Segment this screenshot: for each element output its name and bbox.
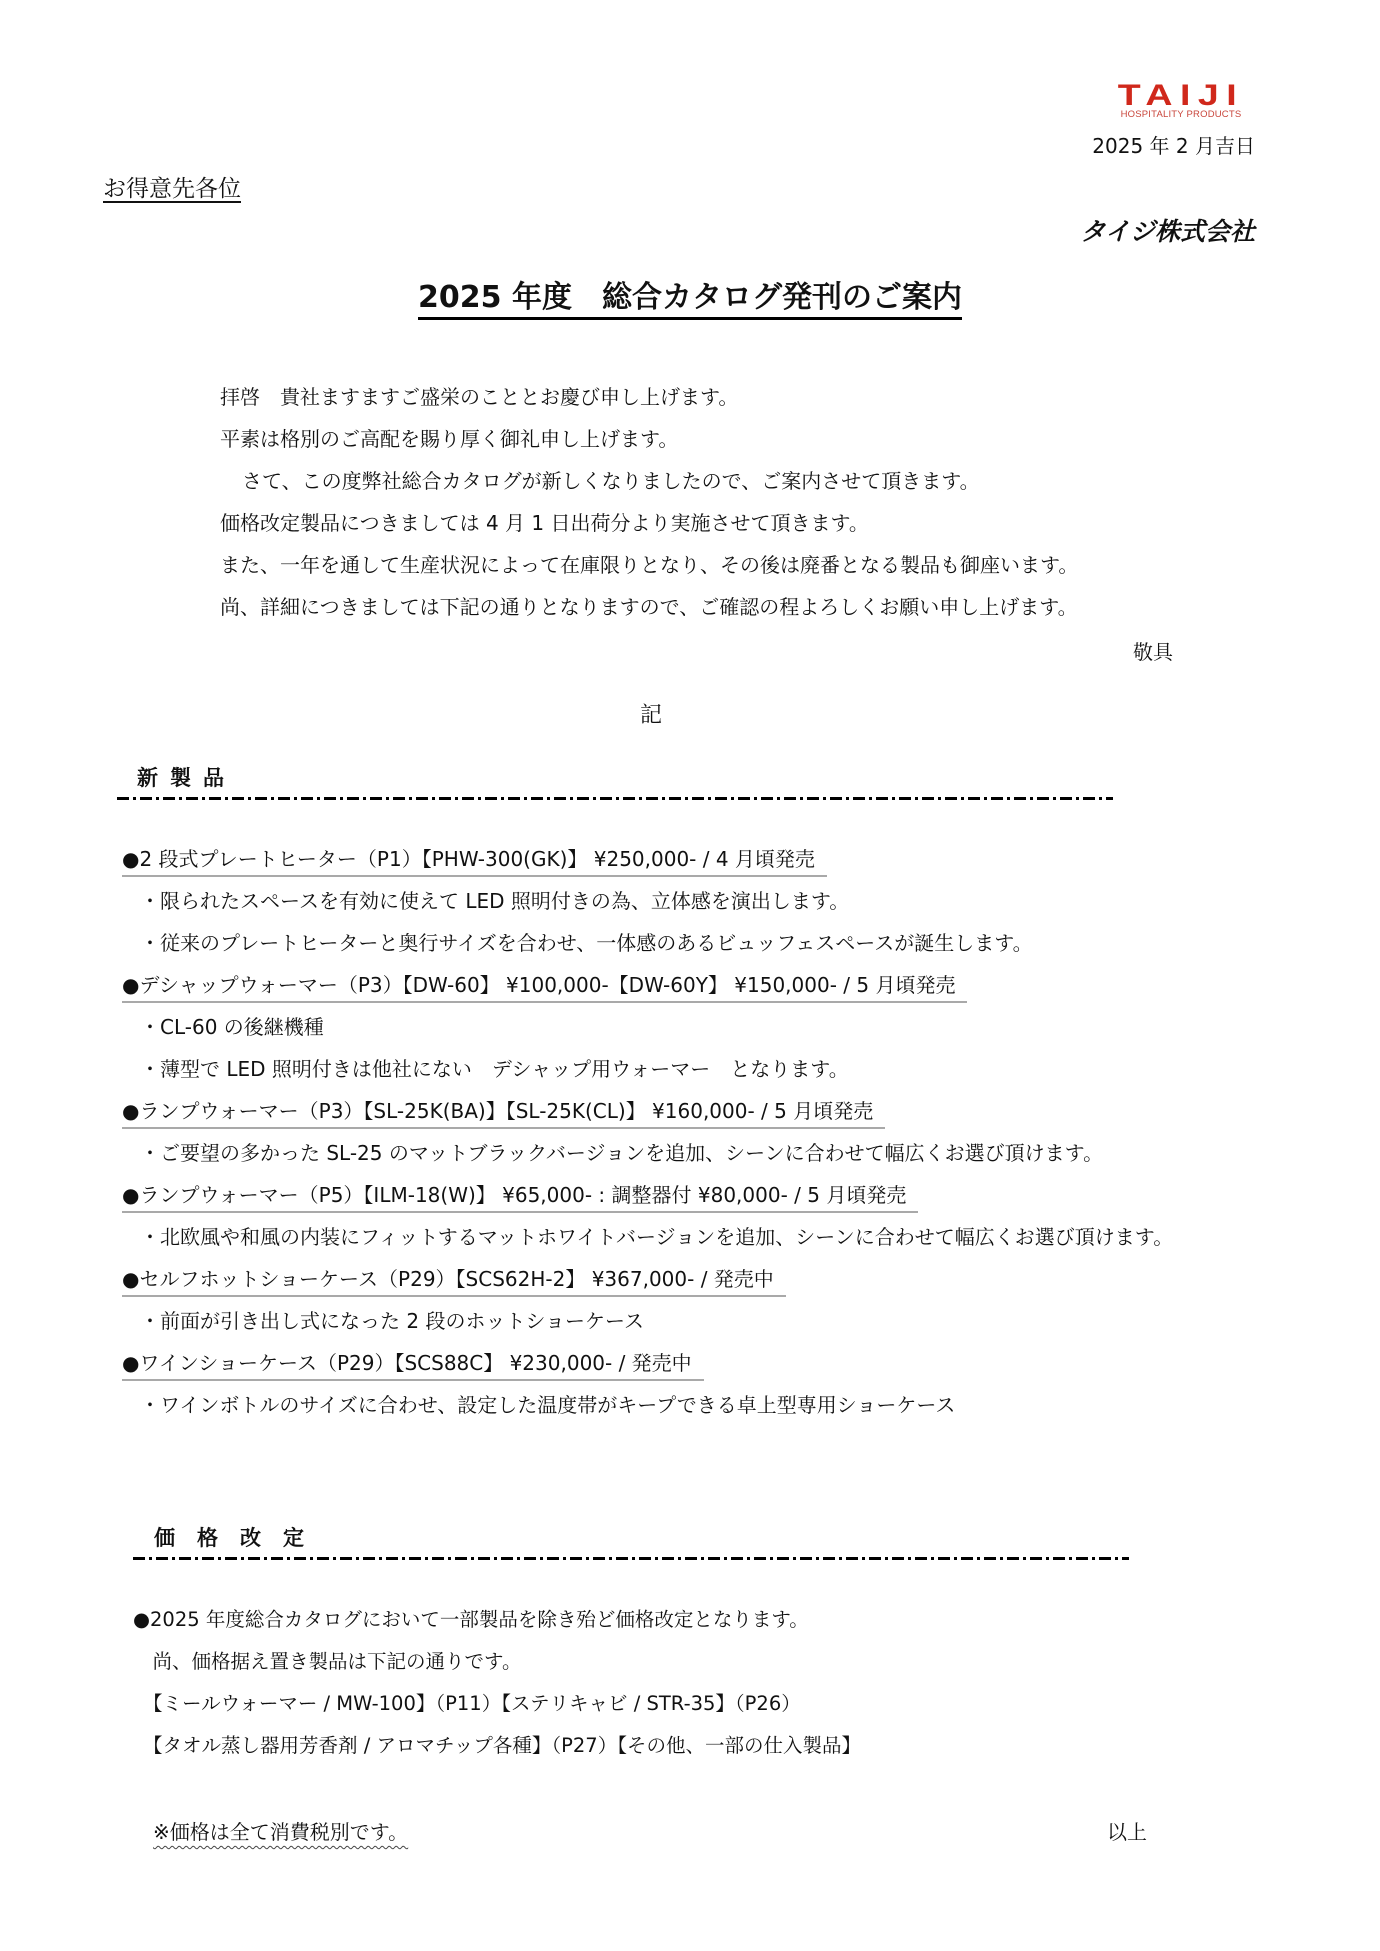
price-line: 【ミールウォーマー / MW-100】（P11）【ステリキャビ / STR-35… xyxy=(133,1689,861,1731)
product-detail: ・北欧風や和風の内装にフィットするマットホワイトバージョンを追加、シーンに合わせ… xyxy=(122,1222,1173,1264)
company-name: タイジ株式会社 xyxy=(1080,212,1255,248)
closing-ijo: 以上 xyxy=(1107,1816,1147,1845)
price-line: 【タオル蒸し器用芳香剤 / アロマチップ各種】（P27）【その他、一部の仕入製品… xyxy=(133,1731,861,1773)
addressee: お得意先各位 xyxy=(103,170,241,203)
body-line: 拝啓 貴社ますますご盛栄のこととお慶び申し上げます。 xyxy=(220,382,1078,424)
product-detail: ・薄型で LED 照明付きは他社にない デシャップ用ウォーマー となります。 xyxy=(122,1054,1173,1096)
body-line: さて、この度弊社総合カタログが新しくなりましたので、ご案内させて頂きます。 xyxy=(220,466,1078,508)
section-divider xyxy=(133,1557,1129,1560)
body-line: 平素は格別のご高配を賜り厚く御礼申し上げます。 xyxy=(220,424,1078,466)
taiji-logo: TAIJI HOSPITALITY PRODUCTS xyxy=(1106,84,1256,120)
product-headline: ●セルフホットショーケース（P29）【SCS62H-2】 ¥367,000- /… xyxy=(122,1264,786,1297)
product-detail: ・ワインボトルのサイズに合わせ、設定した温度帯がキープできる卓上型専用ショーケー… xyxy=(122,1390,1173,1432)
closing-keigu: 敬具 xyxy=(1133,636,1173,665)
section-divider xyxy=(117,797,1113,800)
product-detail: ・CL-60 の後継機種 xyxy=(122,1012,1173,1054)
page-title-text: 2025 年度 総合カタログ発刊のご案内 xyxy=(418,280,962,320)
product-headline: ●ワインショーケース（P29）【SCS88C】 ¥230,000- / 発売中 xyxy=(122,1348,704,1381)
tax-note: ※価格は全て消費税別です。 xyxy=(153,1816,408,1845)
ki-marker: 記 xyxy=(640,698,662,729)
section-heading-price-revision: 価格改定 xyxy=(154,1522,326,1552)
product-detail: ・前面が引き出し式になった 2 段のホットショーケース xyxy=(122,1306,1173,1348)
product-detail: ・ご要望の多かった SL-25 のマットブラックバージョンを追加、シーンに合わせ… xyxy=(122,1138,1173,1180)
logo-wordmark: TAIJI xyxy=(1087,84,1275,108)
price-line: 尚、価格据え置き製品は下記の通りです。 xyxy=(133,1647,861,1689)
product-headline: ●2 段式プレートヒーター（P1）【PHW-300(GK)】 ¥250,000-… xyxy=(122,844,827,877)
product-detail: ・限られたスペースを有効に使えて LED 照明付きの為、立体感を演出します。 xyxy=(122,886,1173,928)
body-line: 価格改定製品につきましては 4 月 1 日出荷分より実施させて頂きます。 xyxy=(220,508,1078,550)
product-detail: ・従来のプレートヒーターと奥行サイズを合わせ、一体感のあるビュッフェスペースが誕… xyxy=(122,928,1173,970)
new-products-list: ●2 段式プレートヒーター（P1）【PHW-300(GK)】 ¥250,000-… xyxy=(122,844,1173,1432)
product-headline: ●ランプウォーマー（P5）【ILM-18(W)】 ¥65,000- : 調整器付… xyxy=(122,1180,918,1213)
body-line: 尚、詳細につきましては下記の通りとなりますので、ご確認の程よろしくお願い申し上げ… xyxy=(220,592,1078,634)
document-date: 2025 年 2 月吉日 xyxy=(1092,130,1255,159)
price-revision-list: ●2025 年度総合カタログにおいて一部製品を除き殆ど価格改定となります。 尚、… xyxy=(133,1605,861,1773)
letter-body: 拝啓 貴社ますますご盛栄のこととお慶び申し上げます。 平素は格別のご高配を賜り厚… xyxy=(220,382,1078,634)
page-title: 2025 年度 総合カタログ発刊のご案内 xyxy=(0,272,1380,316)
product-headline: ●デシャップウォーマー（P3）【DW-60】 ¥100,000-【DW-60Y】… xyxy=(122,970,967,1003)
body-line: また、一年を通して生産状況によって在庫限りとなり、その後は廃番となる製品も御座い… xyxy=(220,550,1078,592)
price-line: ●2025 年度総合カタログにおいて一部製品を除き殆ど価格改定となります。 xyxy=(133,1605,861,1647)
product-headline: ●ランプウォーマー（P3）【SL-25K(BA)】【SL-25K(CL)】 ¥1… xyxy=(122,1096,885,1129)
section-heading-new-products: 新製品 xyxy=(137,762,236,792)
